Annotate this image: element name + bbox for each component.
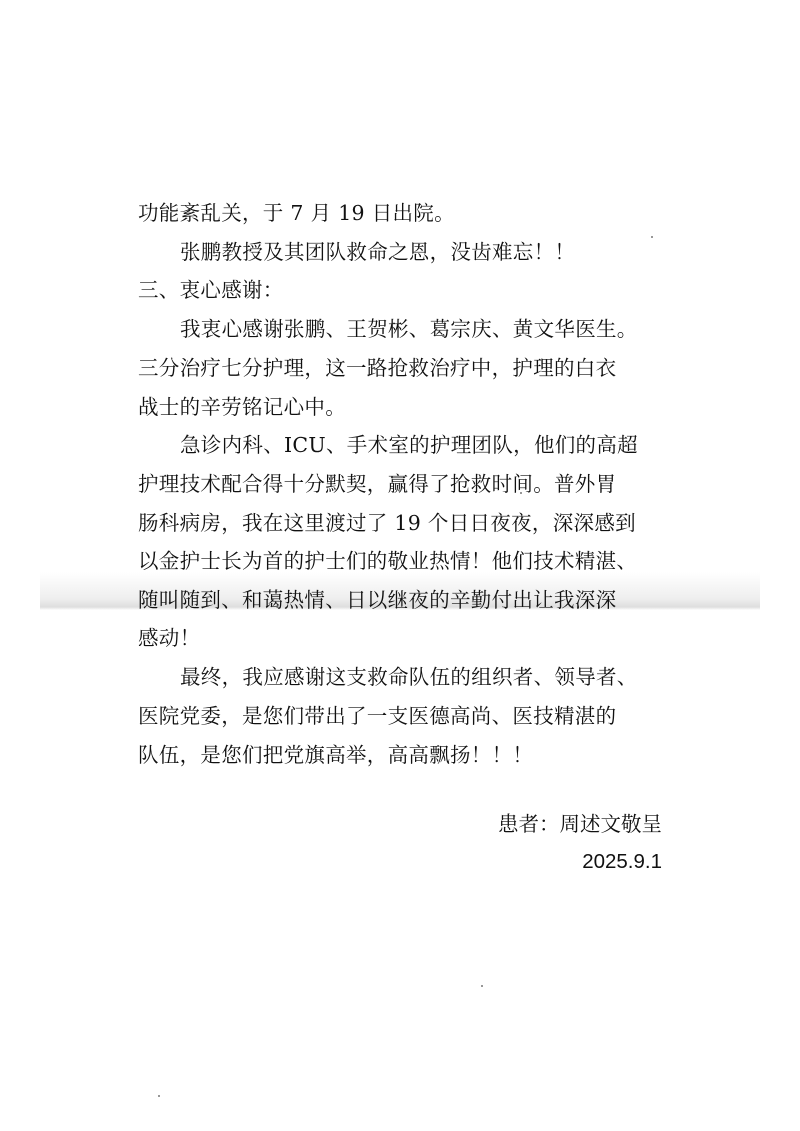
text-line: 队伍，是您们把党旗高举，高高飘扬！！！ [138, 741, 678, 769]
scan-speck [158, 1095, 160, 1097]
text-line: 以金护士长为首的护士们的敬业热情！他们技术精湛、 [138, 547, 678, 575]
text-line: 战士的辛劳铭记心中。 [138, 393, 678, 421]
text-line: 随叫随到、和蔼热情、日以继夜的辛勤付出让我深深 [138, 586, 678, 614]
signature-date: 2025.9.1 [582, 848, 662, 876]
text-line: 功能紊乱关，于 7 月 19 日出院。 [138, 199, 678, 227]
text-line: 护理技术配合得十分默契，赢得了抢救时间。普外胃 [138, 470, 678, 498]
section-heading: 三、衷心感谢： [138, 276, 678, 304]
scan-speck [520, 492, 522, 494]
text-line: 医院党委，是您们带出了一支医德高尚、医技精湛的 [138, 702, 678, 730]
text-line: 感动！ [138, 624, 678, 652]
scan-speck [481, 985, 483, 987]
signature-author: 患者：周述文敬呈 [498, 810, 662, 838]
text-line: 张鹏教授及其团队救命之恩，没齿难忘！！ [180, 238, 720, 266]
text-line: 最终，我应感谢这支救命队伍的组织者、领导者、 [180, 663, 720, 691]
scanned-letter-page: 功能紊乱关，于 7 月 19 日出院。 张鹏教授及其团队救命之恩，没齿难忘！！ … [0, 0, 800, 1131]
text-line: 急诊内科、ICU、手术室的护理团队，他们的高超 [180, 431, 720, 459]
text-line: 我衷心感谢张鹏、王贺彬、葛宗庆、黄文华医生。 [180, 315, 720, 343]
scan-speck [651, 236, 653, 238]
text-line: 三分治疗七分护理，这一路抢救治疗中，护理的白衣 [138, 354, 678, 382]
text-line: 肠科病房，我在这里渡过了 19 个日日夜夜，深深感到 [138, 509, 678, 537]
